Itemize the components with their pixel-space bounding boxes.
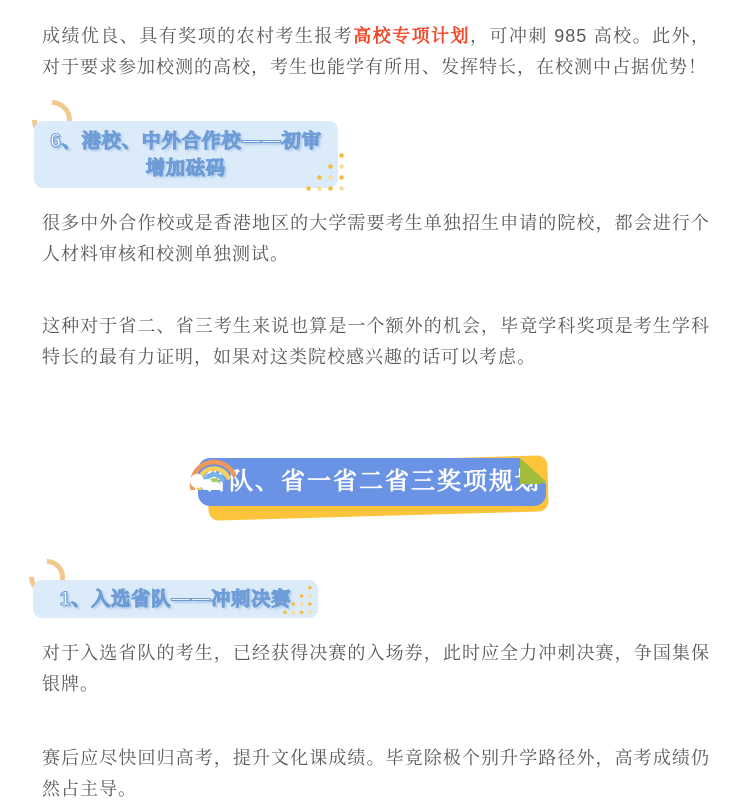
banner-title: 省队、省一省二省三奖项规划 xyxy=(198,458,546,506)
rainbow-icon xyxy=(186,440,250,490)
extra-chance-paragraph: 这种对于省二、省三考生来说也算是一个额外的机会，毕竟学科奖项是考生学科特长的最有… xyxy=(42,311,710,373)
highlight-special-program-text: 高校专项计划 xyxy=(353,26,470,46)
section-1-title: 1、入选省队——冲刺决赛 xyxy=(60,586,292,613)
section-6-title-line1: 6、港校、中外合作校——初审 xyxy=(50,128,322,155)
gaokao-return-paragraph: 赛后应尽快回归高考，提升文化课成绩。毕竟除极个别升学路径外，高考成绩仍然占主导。 xyxy=(42,743,710,804)
intro-text-before: 成绩优良、具有奖项的农村考生报考 xyxy=(42,26,353,46)
dots-decoration-icon xyxy=(305,152,345,196)
section-6-header: 6、港校、中外合作校——初审 增加砝码 xyxy=(30,100,350,200)
section-1-box: 1、入选省队——冲刺决赛 xyxy=(33,580,318,618)
coop-school-paragraph: 很多中外合作校或是香港地区的大学需要考生单独招生申请的院校，都会进行个人材料审核… xyxy=(42,208,710,270)
section-1-header: 1、入选省队——冲刺决赛 xyxy=(28,559,328,629)
section-6-box: 6、港校、中外合作校——初审 增加砝码 xyxy=(34,121,338,188)
article-page: 成绩优良、具有奖项的农村考生报考高校专项计划，可冲刺 985 高校。此外，对于要… xyxy=(0,0,751,804)
award-plan-banner: 省队、省一省二省三奖项规划 xyxy=(188,440,560,526)
intro-paragraph: 成绩优良、具有奖项的农村考生报考高校专项计划，可冲刺 985 高校。此外，对于要… xyxy=(42,21,710,83)
section-6-title-line2: 增加砝码 xyxy=(146,155,226,182)
banner-blue-card: 省队、省一省二省三奖项规划 xyxy=(198,458,546,506)
final-sprint-paragraph: 对于入选省队的考生，已经获得决赛的入场券，此时应全力冲刺决赛，争国集保银牌。 xyxy=(42,638,710,700)
dots-decoration-icon xyxy=(282,585,313,618)
